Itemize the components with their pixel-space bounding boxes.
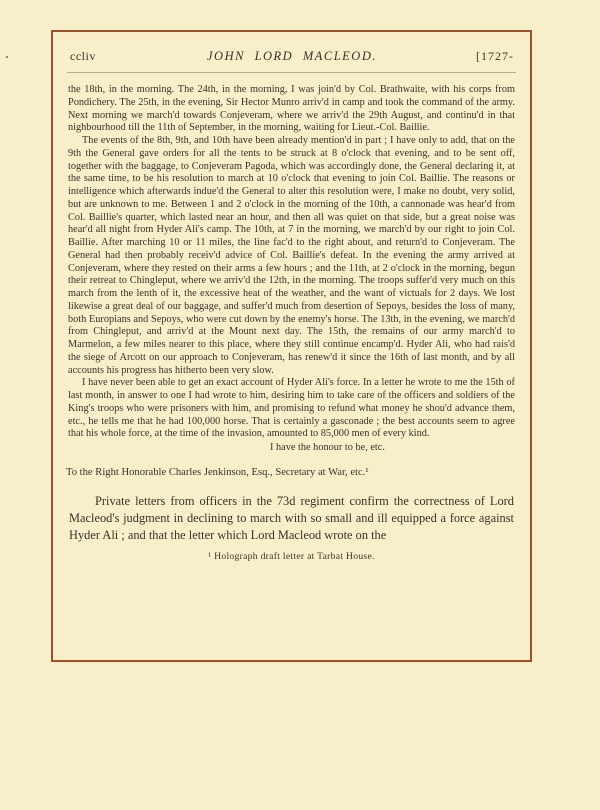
ink-speck: [6, 56, 8, 58]
footnote: ¹ Holograph draft letter at Tarbat House…: [66, 551, 517, 562]
letter-body: the 18th, in the morning. The 24th, in t…: [66, 84, 517, 455]
letter-paragraph: The events of the 8th, 9th, and 10th hav…: [68, 135, 515, 377]
letter-paragraph: the 18th, in the morning. The 24th, in t…: [68, 84, 515, 135]
page-number-ref: [1727-: [444, 49, 514, 64]
book-page: { "page": { "header": { "folio": "ccliv"…: [0, 0, 600, 810]
letter-signoff: I have the honour to be, etc.: [270, 442, 515, 455]
page-header: ccliv JOHN LORD MACLEOD. [1727-: [66, 47, 517, 64]
running-title: JOHN LORD MACLEOD.: [140, 49, 444, 64]
letter-paragraph: I have never been able to get an exact a…: [68, 377, 515, 441]
letter-addressee: To the Right Honorable Charles Jenkinson…: [64, 467, 517, 478]
closing-narrative: Private letters from officers in the 73d…: [67, 493, 516, 544]
folio-number: ccliv: [70, 49, 140, 64]
page-border-frame: ccliv JOHN LORD MACLEOD. [1727- the 18th…: [51, 30, 532, 662]
header-rule: [67, 72, 516, 73]
